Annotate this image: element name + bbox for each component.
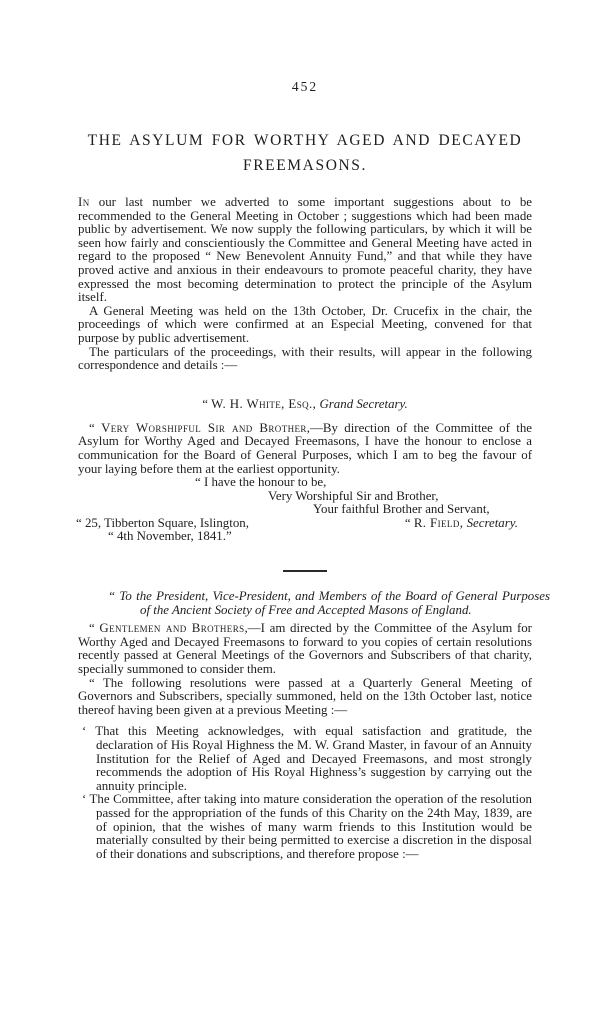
letter1-heading: “ W. H. White, Esq., Grand Secretary. — [78, 397, 532, 411]
letter1-addressee-role: Grand Secretary. — [316, 397, 408, 411]
letter1-salutation: Very Worshipful Sir and Brother — [101, 421, 307, 435]
resolution-item-1: ‘ That this Meeting acknowledges, with e… — [78, 725, 532, 793]
letter2-addressee-block: “ To the President, Vice-President, and … — [108, 590, 550, 617]
article-body: In our last number we adverted to some i… — [78, 196, 532, 861]
article-title-line1: THE ASYLUM FOR WORTHY AGED AND DECAYED — [78, 132, 532, 149]
lead-word: In — [78, 195, 90, 209]
resolution-item-2: ‘ The Committee, after taking into matur… — [78, 793, 532, 861]
quote-mark: “ — [89, 621, 99, 635]
resolutions-list: ‘ That this Meeting acknowledges, with e… — [78, 725, 532, 861]
intro-paragraph-2: A General Meeting was held on the 13th O… — [78, 305, 532, 346]
letter2-paragraph-2: “ The following resolutions were passed … — [78, 677, 532, 718]
document-page: 452 THE ASYLUM FOR WORTHY AGED AND DECAY… — [0, 0, 607, 1019]
signature-role: Secretary. — [463, 516, 518, 530]
article-title-line2: FREEMASONS. — [78, 157, 532, 174]
signature-name: R. Field, — [414, 516, 464, 530]
letter1-signature-row: “ 25, Tibberton Square, Islington, “ R. … — [78, 517, 532, 531]
paragraph-text: our last number we adverted to some impo… — [78, 195, 532, 304]
signature: “ R. Field, Secretary. — [405, 517, 518, 531]
letter2-paragraph-1: “ Gentlemen and Brothers,—I am directed … — [78, 622, 532, 676]
page-number: 452 — [78, 80, 532, 94]
letter1-closing-line-3: Your faithful Brother and Servant, — [313, 503, 532, 517]
article-title: THE ASYLUM FOR WORTHY AGED AND DECAYED F… — [78, 132, 532, 174]
section-divider — [283, 570, 327, 572]
sender-address: “ 25, Tibberton Square, Islington, — [76, 517, 249, 531]
intro-paragraph-3: The particulars of the proceedings, with… — [78, 346, 532, 373]
letter1-closing-line-1: “ I have the honour to be, — [195, 476, 532, 490]
quote-mark: “ — [202, 397, 211, 411]
quote-mark: “ — [89, 421, 101, 435]
letter1-closing-line-2: Very Worshipful Sir and Brother, — [268, 490, 532, 504]
letter1-date: “ 4th November, 1841.” — [108, 530, 532, 544]
page-content: 452 THE ASYLUM FOR WORTHY AGED AND DECAY… — [78, 0, 532, 861]
letter2-salutation: Gentlemen and Brothers — [99, 621, 244, 635]
intro-paragraph-1: In our last number we adverted to some i… — [78, 196, 532, 305]
letter1-addressee-name: W. H. White, Esq., — [211, 397, 316, 411]
letter1-paragraph: “ Very Worshipful Sir and Brother,—By di… — [78, 422, 532, 476]
quote-mark: “ — [405, 516, 414, 530]
